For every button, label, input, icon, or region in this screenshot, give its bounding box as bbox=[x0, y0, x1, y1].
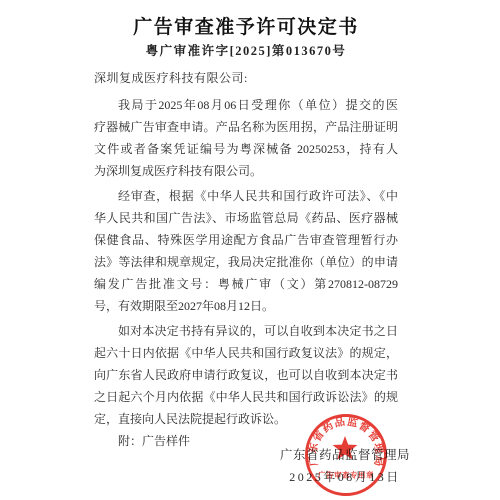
issue-date: 2025年08月13日 bbox=[245, 470, 445, 485]
signature-block: 广东省药品监督管理局 2025年08月13日 bbox=[245, 447, 445, 485]
paragraph-acceptance: 我局于2025年08月06日受理你（单位）提交的医 疗器械广告审查申请。产品名称… bbox=[94, 94, 398, 182]
body-line: 华人民共和国广告法》、市场监管总局《药品、医疗器械 bbox=[94, 207, 398, 229]
body-line: 定，直接向人民法院提起行政诉讼。 bbox=[94, 408, 398, 430]
document-body: 我局于2025年08月06日受理你（单位）提交的医 疗器械广告审查申请。产品名称… bbox=[94, 94, 398, 452]
body-line: 疗器械广告审查申请。产品名称为医用拐，产品注册证明 bbox=[94, 116, 398, 138]
body-line: 之日起六个月内依据《中华人民共和国行政诉讼法》的规 bbox=[94, 386, 398, 408]
body-line: 法》等法律和规章规定，我局决定批准你（单位）的申请 bbox=[94, 251, 398, 273]
document-content: 广告审查准予许可决定书 粤广审准许字[2025]第013670号 深圳复成医疗科… bbox=[94, 0, 398, 452]
body-line: 如对本决定书持有异议的，可以自收到本决定书之日 bbox=[94, 320, 398, 342]
paragraph-approval: 经审查，根据《中华人民共和国行政许可法》、《中 华人民共和国广告法》、市场监管总… bbox=[94, 185, 398, 317]
decision-document-page: 广告审查准予许可决定书 粤广审准许字[2025]第013670号 深圳复成医疗科… bbox=[0, 0, 500, 500]
addressee-line: 深圳复成医疗科技有限公司: bbox=[94, 70, 398, 86]
body-line: 保健食品、特殊医学用途配方食品广告审查管理暂行办 bbox=[94, 229, 398, 251]
document-number: 粤广审准许字[2025]第013670号 bbox=[94, 44, 398, 59]
paragraph-appeal-rights: 如对本决定书持有异议的，可以自收到本决定书之日 起六十日内依据《中华人民共和国行… bbox=[94, 320, 398, 430]
document-title: 广告审查准予许可决定书 bbox=[94, 0, 398, 39]
body-line: 文件或者备案凭证编号为粤深械备 20250253，持有人 bbox=[94, 138, 398, 160]
body-line: 起六十日内依据《中华人民共和国行政复议法》的规定， bbox=[94, 342, 398, 364]
body-line: 为深圳复成医疗科技有限公司。 bbox=[94, 160, 398, 182]
body-line: 向广东省人民政府申请行政复议，也可以自收到本决定书 bbox=[94, 364, 398, 386]
body-line: 我局于2025年08月06日受理你（单位）提交的医 bbox=[94, 94, 398, 116]
body-line: 编发广告批准文号：粤械广审（文）第270812-08729 bbox=[94, 273, 398, 295]
body-line: 号，有效期限至2027年08月12日。 bbox=[94, 295, 398, 317]
issuing-agency: 广东省药品监督管理局 bbox=[245, 447, 445, 463]
body-line: 经审查，根据《中华人民共和国行政许可法》、《中 bbox=[94, 185, 398, 207]
